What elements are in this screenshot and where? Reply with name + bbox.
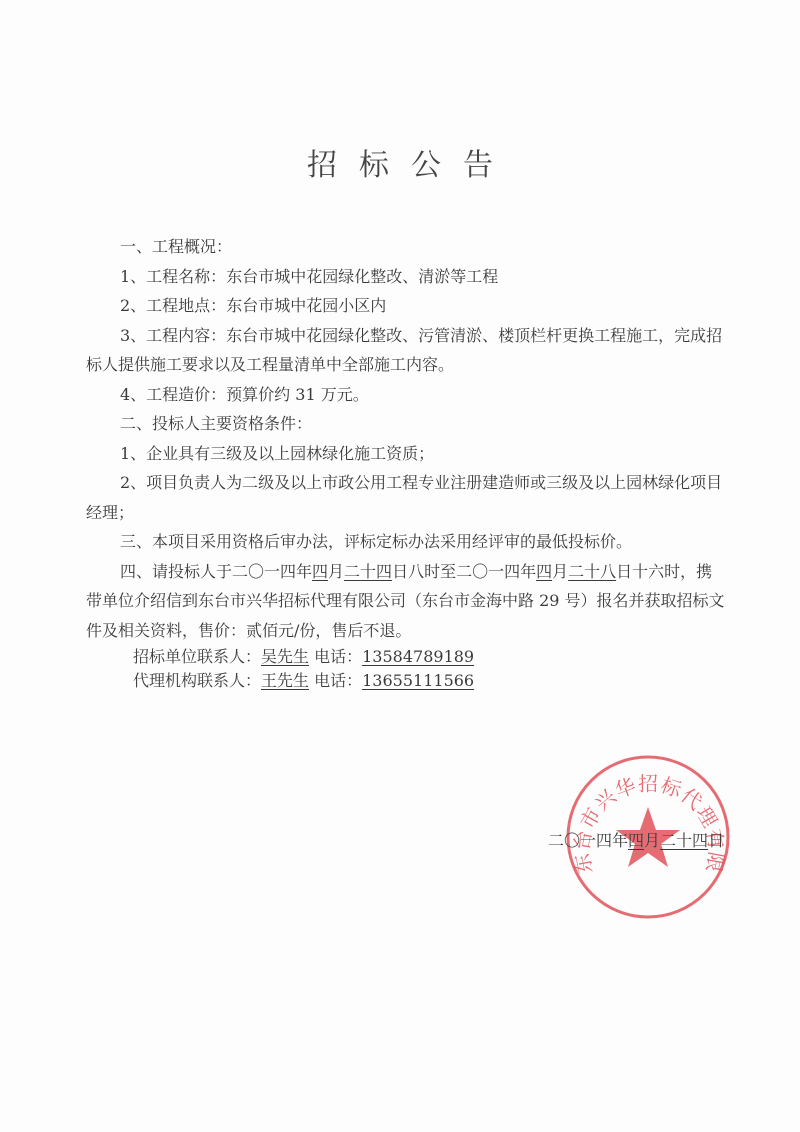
end-month: 四: [536, 562, 552, 581]
section-4-line2: 带单位介绍信到东台市兴华招标代理有限公司（东台市金海中路 29 号）报名并获取招…: [86, 586, 722, 616]
text: 日: [708, 831, 724, 850]
section-4-line3: 件及相关资料，售价：贰佰元/份，售后不退。: [86, 616, 722, 646]
text: 月: [328, 562, 344, 581]
phone-label: 电话：: [309, 647, 362, 666]
phone-label: 电话：: [309, 671, 362, 690]
text: 四、请投标人于二〇一四年: [120, 562, 312, 581]
section-1-heading: 一、工程概况：: [86, 232, 722, 262]
contact-tenderer: 招标单位联系人：吴先生 电话：13584789189: [86, 645, 722, 669]
document-title: 招标公告: [0, 140, 800, 184]
start-day: 二十四: [344, 562, 392, 581]
section-2-heading: 二、投标人主要资格条件：: [86, 409, 722, 439]
project-location-label: 2、工程地点：: [120, 296, 226, 315]
project-location-value: 东台市城中花园小区内: [226, 296, 386, 315]
contact-phone: 13655111566: [362, 671, 474, 690]
start-month: 四: [312, 562, 328, 581]
contact-role: 招标单位联系人：: [133, 647, 261, 666]
signature-date: 二〇一四年四月二十四日: [548, 828, 724, 851]
text: 二〇一四年: [548, 831, 628, 850]
project-cost: 4、工程造价：预算价约 31 万元。: [86, 380, 722, 410]
contact-name: 吴先生: [261, 647, 309, 666]
text: 日八时至二〇一四年: [392, 562, 536, 581]
day: 二十四: [660, 831, 708, 850]
project-name-value: 东台市城中花园绿化整改、清淤等工程: [226, 267, 498, 286]
qualification-2-line2: 经理；: [86, 498, 722, 528]
section-4-line1: 四、请投标人于二〇一四年四月二十四日八时至二〇一四年四月二十八日十六时，携: [86, 557, 722, 587]
end-day: 二十八: [568, 562, 616, 581]
month: 四: [628, 831, 644, 850]
project-name-label: 1、工程名称：: [120, 267, 226, 286]
document-body: 一、工程概况： 1、工程名称：东台市城中花园绿化整改、清淤等工程 2、工程地点：…: [86, 232, 722, 693]
text: 日十六时，携: [616, 562, 712, 581]
project-content-line1: 3、工程内容：东台市城中花园绿化整改、污管清淤、楼顶栏杆更换工程施工，完成招: [86, 321, 722, 351]
section-3: 三、本项目采用资格后审办法，评标定标办法采用经评审的最低投标价。: [86, 527, 722, 557]
qualification-2-line1: 2、项目负责人为二级及以上市政公用工程专业注册建造师或三级及以上园林绿化项目: [86, 468, 722, 498]
text: 月: [644, 831, 660, 850]
contact-agency: 代理机构联系人：王先生 电话：13655111566: [86, 669, 722, 693]
text: 月: [552, 562, 568, 581]
contact-name: 王先生: [261, 671, 309, 690]
contact-role: 代理机构联系人：: [133, 671, 261, 690]
project-name: 1、工程名称：东台市城中花园绿化整改、清淤等工程: [86, 262, 722, 292]
qualification-1: 1、企业具有三级及以上园林绿化施工资质；: [86, 439, 722, 469]
contact-phone: 13584789189: [362, 647, 474, 666]
project-location: 2、工程地点：东台市城中花园小区内: [86, 291, 722, 321]
project-content-line2: 标人提供施工要求以及工程量清单中全部施工内容。: [86, 350, 722, 380]
